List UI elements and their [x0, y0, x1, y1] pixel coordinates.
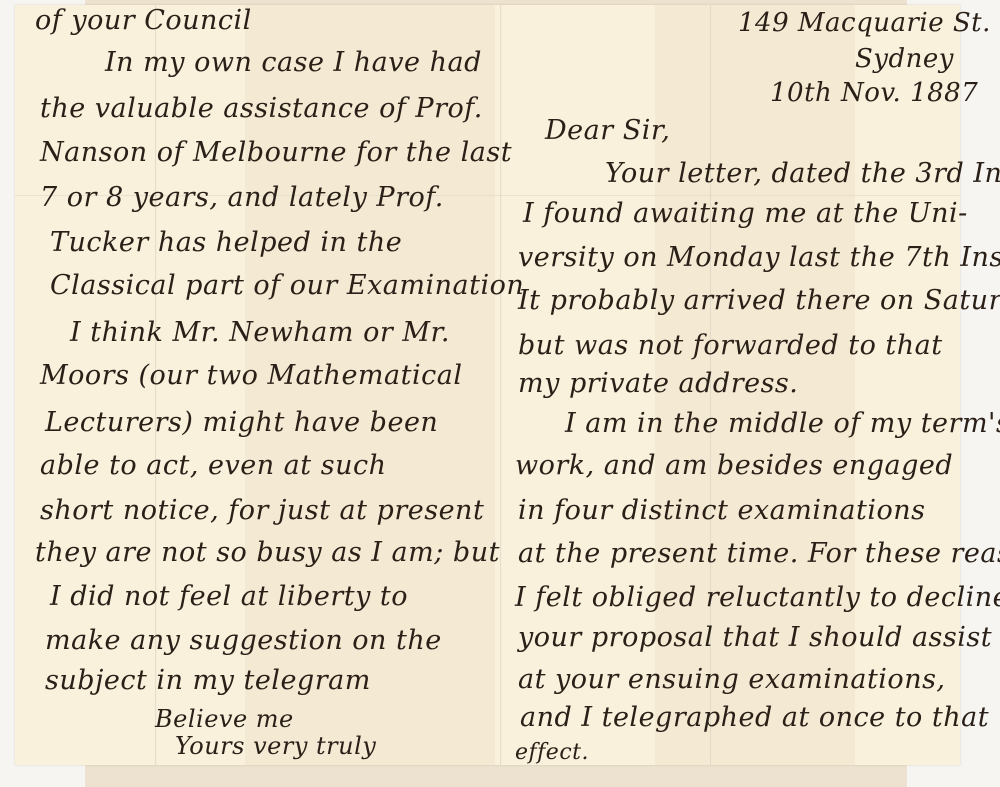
letter-line: the valuable assistance of Prof.: [40, 93, 483, 124]
letter-line: short notice, for just at present: [40, 495, 484, 526]
letter-line: Nanson of Melbourne for the last: [40, 137, 512, 168]
address-line: Sydney: [855, 44, 954, 74]
letter-line: your proposal that I should assist: [518, 622, 992, 653]
letter-line: I think Mr. Newham or Mr.: [70, 317, 450, 348]
letter-line: I found awaiting me at the Uni-: [523, 198, 968, 229]
letter-line: Classical part of our Examination: [50, 270, 524, 301]
valediction: Yours very truly: [175, 732, 376, 760]
center-fold: [500, 5, 502, 765]
letter-line: and I telegraphed at once to that: [520, 702, 989, 733]
letter-line: Tucker has helped in the: [50, 227, 402, 258]
address-line: 149 Macquarie St.: [738, 8, 991, 38]
letter-line: at your ensuing examinations,: [518, 664, 946, 695]
letter-line: subject in my telegram: [45, 665, 371, 696]
letter-line: effect.: [515, 740, 589, 765]
letter-line: Your letter, dated the 3rd Inst.,: [605, 158, 1000, 189]
letter-line: work, and am besides engaged: [515, 450, 953, 481]
letter-line: in four distinct examinations: [518, 495, 925, 526]
letter-line: It probably arrived there on Saturday: [518, 285, 1000, 316]
letter-line: I felt obliged reluctantly to decline: [515, 582, 1000, 613]
letter-line: of your Council: [35, 5, 252, 36]
letter-date: 10th Nov. 1887: [770, 78, 978, 108]
letter-line: able to act, even at such: [40, 450, 386, 481]
closing: Believe me: [155, 705, 294, 733]
letter-line: make any suggestion on the: [45, 625, 442, 656]
letter-line: at the present time. For these reasons: [518, 538, 1000, 569]
letter-line: Moors (our two Mathematical: [40, 360, 462, 391]
letter-line: I did not feel at liberty to: [50, 581, 408, 612]
letter-line: but was not forwarded to that: [518, 330, 943, 361]
letter-line: 7 or 8 years, and lately Prof.: [40, 182, 444, 213]
salutation: Dear Sir,: [545, 115, 670, 146]
letter-line: my private address.: [518, 368, 798, 399]
letter-line: I am in the middle of my term's: [565, 408, 1000, 439]
letter-line: versity on Monday last the 7th Inst.: [518, 242, 1000, 273]
letter-line: Lecturers) might have been: [45, 407, 438, 438]
letter-line: In my own case I have had: [105, 47, 482, 78]
letter-line: they are not so busy as I am; but: [35, 537, 500, 568]
